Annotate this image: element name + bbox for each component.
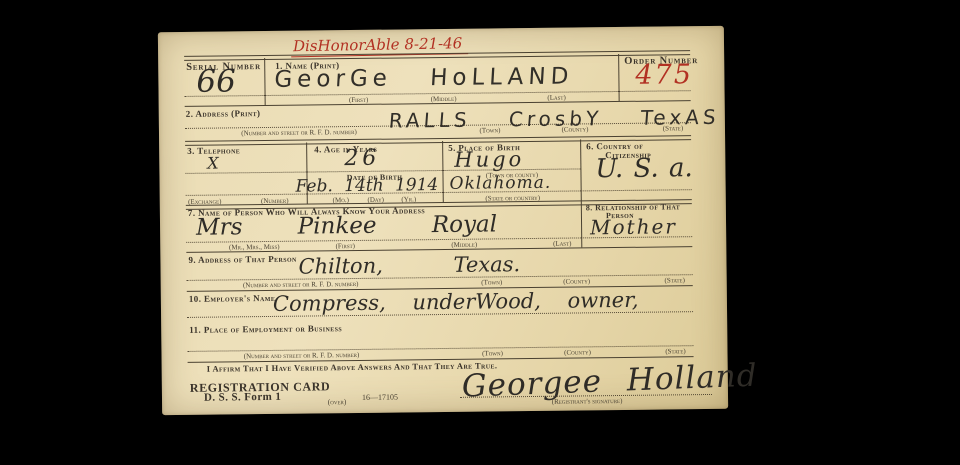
employment-place-dotted-line bbox=[187, 345, 693, 352]
address-label: 2. Address (Print) bbox=[186, 108, 261, 119]
divider-name-order bbox=[618, 54, 620, 101]
form-number: D. S. S. Form 1 bbox=[204, 391, 281, 404]
address-sub-county: (County) bbox=[535, 125, 615, 134]
order-dotted-line bbox=[619, 90, 691, 92]
age-value: 26 bbox=[344, 146, 380, 171]
name-value: GeorGe HoLLAND bbox=[274, 64, 574, 93]
signature-sub-label: (Registrant's signature) bbox=[532, 397, 642, 406]
address-sub-street: (Number and street or R. F. D. number) bbox=[209, 128, 389, 138]
print-code: 16—17105 bbox=[362, 393, 398, 402]
birthplace-town-value: Hugo bbox=[454, 147, 524, 172]
contact-address-sub-town: (Town) bbox=[452, 278, 532, 287]
employment-place-sub-county: (County) bbox=[537, 348, 617, 357]
telephone-dotted-line bbox=[185, 172, 306, 174]
contact-address-sub-state: (State) bbox=[635, 276, 715, 285]
divider-birth-citizen bbox=[580, 139, 582, 247]
telephone-dotted-line2 bbox=[186, 194, 307, 196]
citizenship-value: U. S. a. bbox=[595, 153, 693, 184]
address-sub-town: (Town) bbox=[450, 126, 530, 135]
scanned-registration-card-page: { "colors": { "background": "#000000", "… bbox=[0, 0, 960, 465]
contact-value: Mrs Pinkee Royal bbox=[196, 211, 497, 240]
contact-address-value: Chilton, Texas. bbox=[298, 252, 520, 279]
telephone-value: X bbox=[207, 154, 219, 173]
citizenship-dotted-line bbox=[581, 189, 692, 191]
contact-address-label: 9. Address of That Person bbox=[188, 254, 296, 265]
employment-place-sub-town: (Town) bbox=[452, 349, 532, 358]
order-number-value: 475 bbox=[635, 59, 693, 91]
employment-place-label: 11. Place of Employment or Business bbox=[189, 323, 342, 335]
affirmation-text: I Affirm That I Have Verified Above Answ… bbox=[207, 360, 498, 373]
employer-label: 10. Employer's Name bbox=[189, 293, 275, 304]
over-note: (over) bbox=[312, 397, 362, 407]
address-sub-state: (State) bbox=[633, 124, 713, 133]
contact-address-sub-county: (County) bbox=[537, 277, 617, 286]
registration-card: DisHonorAble 8-21-46 Serial Number 66 1.… bbox=[158, 26, 728, 415]
divider-serial-name bbox=[264, 58, 266, 105]
employment-place-sub-state: (State) bbox=[635, 347, 715, 356]
serial-number-value: 66 bbox=[196, 63, 236, 99]
